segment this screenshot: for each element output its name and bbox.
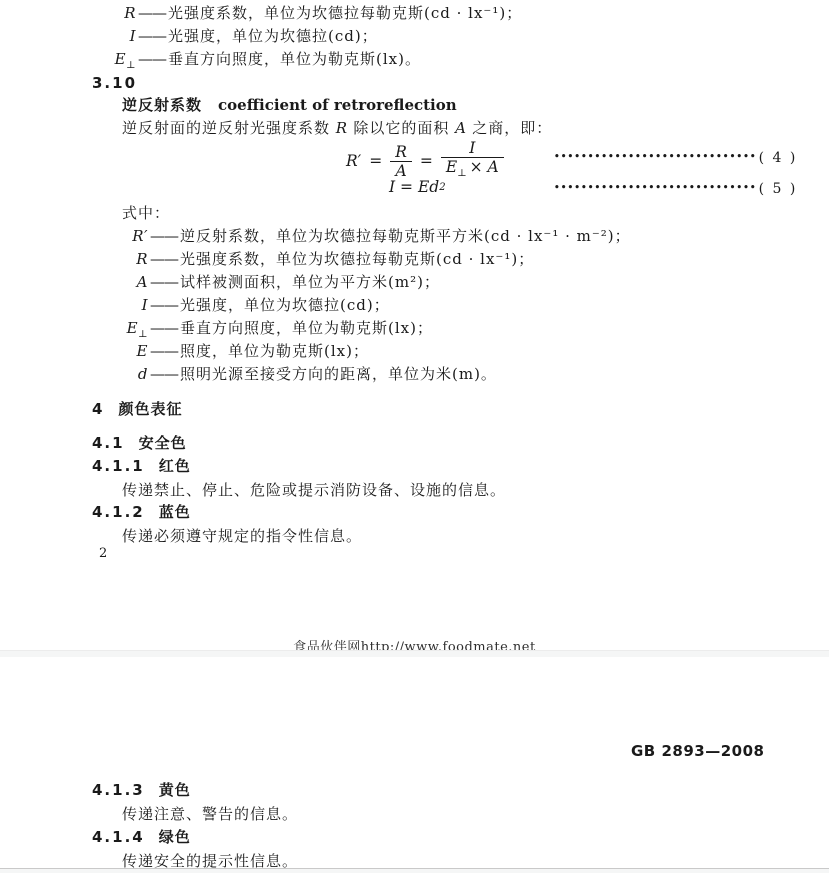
section-4-heading: 4颜色表征 xyxy=(92,399,182,420)
term-line: 逆反射系数coefficient of retroreflection xyxy=(122,95,457,116)
intro-symbol-line: I——光强度，单位为坎德拉(cd)； xyxy=(92,26,378,47)
formula-4-lhs: R′ xyxy=(346,152,361,170)
section-4-1-2-heading: 4.1.2蓝色 xyxy=(92,502,191,523)
bottom-page-edge xyxy=(0,868,829,873)
formula-5-leader: ••••••••••••••••••••••••••••••( 5 ) xyxy=(554,178,797,199)
scanned-standard-document: R——光强度系数，单位为坎德拉每勒克斯(cd · lx⁻¹)； I——光强度，单… xyxy=(0,0,829,873)
symbol-e: E xyxy=(92,341,148,362)
section-4-1-4-heading: 4.1.4绿色 xyxy=(92,827,191,848)
section-4-1-1-heading: 4.1.1红色 xyxy=(92,456,191,477)
dash: —— xyxy=(138,49,166,70)
section-4-1-1-body: 传递禁止、停止、危险或提示消防设备、设施的信息。 xyxy=(122,480,506,501)
dot-leader: •••••••••••••••••••••••••••••• xyxy=(554,147,757,168)
formula-5-number: ( 5 ) xyxy=(759,181,798,197)
where-row: R′——逆反射系数，单位为坎德拉每勒克斯平方米(cd · lx⁻¹ · m⁻²)… xyxy=(92,226,631,247)
fraction-r-over-a: R A xyxy=(390,143,412,180)
dash: —— xyxy=(138,3,166,24)
standard-number-header: GB 2893—2008 xyxy=(631,742,764,760)
where-row: E⊥——垂直方向照度，单位为勒克斯(lx)； xyxy=(92,318,433,339)
symbol-d: d xyxy=(92,364,148,385)
where-row: I——光强度，单位为坎德拉(cd)； xyxy=(92,295,390,316)
clause-number-3-10: 3.10 xyxy=(92,73,137,94)
intro-symbol-line: E⊥——垂直方向照度，单位为勒克斯(lx)。 xyxy=(92,49,421,70)
where-label: 式中： xyxy=(122,203,170,224)
page-break-divider xyxy=(0,650,829,657)
symbol-i: I xyxy=(92,26,136,47)
definition-line: 逆反射面的逆反射光强度系数 R 除以它的面积 A 之商，即： xyxy=(122,118,552,139)
symbol-i: I xyxy=(92,295,148,316)
page-number: 2 xyxy=(99,546,107,561)
formula-4-leader: ••••••••••••••••••••••••••••••( 4 ) xyxy=(554,147,797,168)
section-4-1-3-body: 传递注意、警告的信息。 xyxy=(122,804,298,825)
formula-4-number: ( 4 ) xyxy=(759,150,798,166)
symbol-r: R xyxy=(92,249,148,270)
term-chinese: 逆反射系数 xyxy=(122,96,202,114)
where-row: d——照明光源至接受方向的距离，单位为米(m)。 xyxy=(92,364,497,385)
section-4-1-3-heading: 4.1.3黄色 xyxy=(92,780,191,801)
symbol-definition: 光强度系数，单位为坎德拉每勒克斯(cd · lx⁻¹)； xyxy=(168,3,522,24)
term-english: coefficient of retroreflection xyxy=(218,96,457,114)
symbol-e-perp: E⊥ xyxy=(92,318,148,339)
symbol-a: A xyxy=(92,272,148,293)
symbol-e-perp: E⊥ xyxy=(92,49,136,70)
section-4-1-2-body: 传递必须遵守规定的指令性信息。 xyxy=(122,526,362,547)
symbol-r-prime: R′ xyxy=(92,226,148,247)
where-row: A——试样被测面积，单位为平方米(m²)； xyxy=(92,272,440,293)
dot-leader: •••••••••••••••••••••••••••••• xyxy=(554,178,757,199)
where-row: E——照度，单位为勒克斯(lx)； xyxy=(92,341,369,362)
symbol-definition: 垂直方向照度，单位为勒克斯(lx)。 xyxy=(168,49,421,70)
dash: —— xyxy=(138,26,166,47)
intro-symbol-line: R——光强度系数，单位为坎德拉每勒克斯(cd · lx⁻¹)； xyxy=(92,3,522,24)
fraction-i-over-ea: I E⊥× A xyxy=(441,139,504,183)
symbol-r: R xyxy=(92,3,136,24)
symbol-definition: 光强度，单位为坎德拉(cd)； xyxy=(168,26,378,47)
formula-4: R′ = R A = I E⊥× A xyxy=(346,139,504,183)
where-row: R——光强度系数，单位为坎德拉每勒克斯(cd · lx⁻¹)； xyxy=(92,249,534,270)
formula-5: I = Ed2 xyxy=(389,178,446,196)
section-4-1-heading: 4.1安全色 xyxy=(92,433,187,454)
